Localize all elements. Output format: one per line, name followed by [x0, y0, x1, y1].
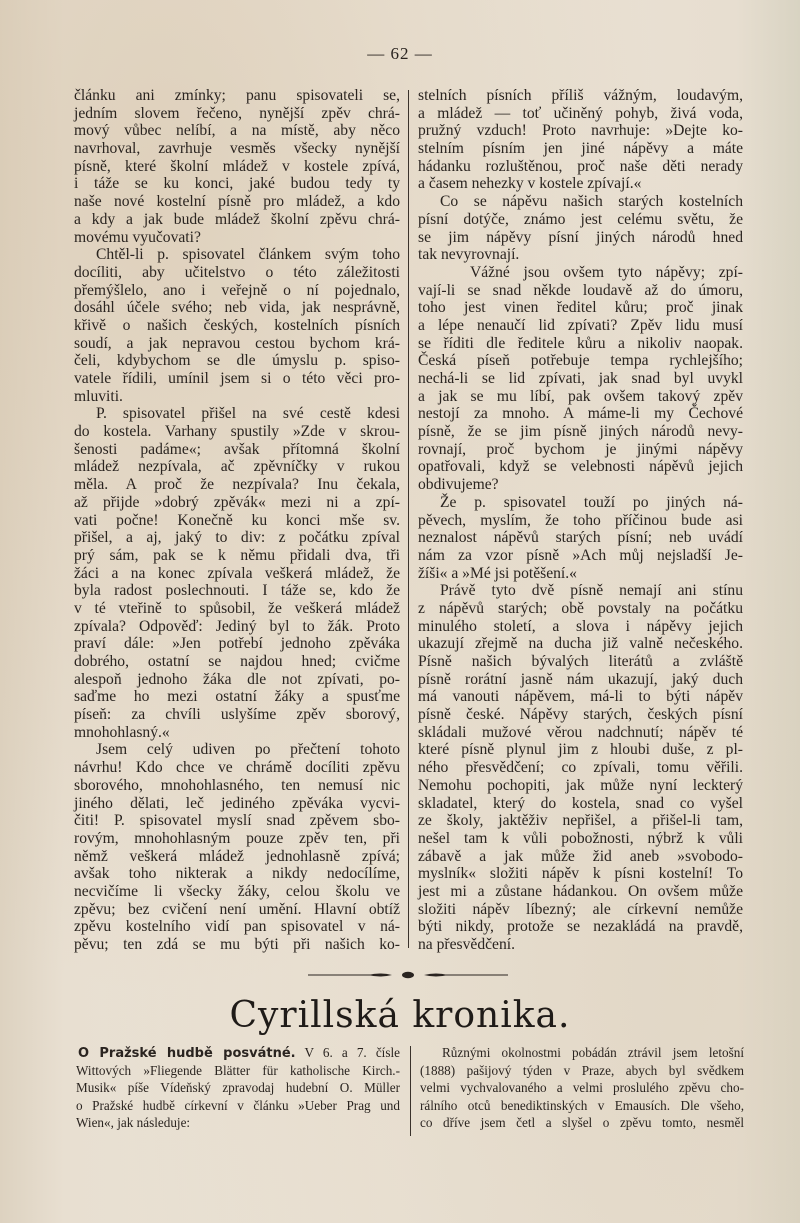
- text-line: zpěvu kostelního vidí pan spisovatel v n…: [74, 918, 400, 936]
- text-line: dosáhl účele svého; neb vida, jak nesprá…: [74, 299, 400, 317]
- text-line: obdivujeme?: [418, 476, 743, 494]
- text-line: hádanku rozluštěnou, proč naše děti nera…: [418, 158, 743, 176]
- text-line: návrhu! Kdo chce ve chrámě docíliti zpěv…: [74, 759, 400, 777]
- text-line: vají-li se snad někde loudavě až do úmor…: [418, 282, 743, 300]
- article-headline: O Pražské hudbě posvátné.: [78, 1046, 296, 1061]
- text-line: článku ani zmínky; panu spisovateli se,: [74, 87, 400, 105]
- text-line: pěvu; ten zdá se mu býti při našich ko-: [74, 936, 400, 954]
- text-line: opatřovali, když se velebnosti nápěvů je…: [418, 458, 743, 476]
- text-line: a kdy a jak bude mládež školní zpěvu chr…: [74, 211, 400, 229]
- text-line: Musik« píše Vídeňský zpravodaj hudební O…: [76, 1079, 400, 1097]
- ornament-divider: [308, 968, 508, 982]
- text-line: žíši« a »Mé jsi potěšení.«: [418, 565, 743, 583]
- section-right-column: Různými okolnostmi pobádán ztrávil jsem …: [420, 1044, 744, 1132]
- right-column: stelních písních příliš vážným, loudavým…: [418, 87, 743, 954]
- text-line: navrhoval, zavrhuje vesměs všecky nynějš…: [74, 140, 400, 158]
- text-line: movému vyučovati?: [74, 229, 400, 247]
- text-line: naše nové kostelní písně pro mládež, a k…: [74, 193, 400, 211]
- text-line: stelních písních příliš vážným, loudavým…: [418, 87, 743, 105]
- column-divider: [408, 90, 409, 948]
- text-line: písní dotýče, známo jest celému světu, ž…: [418, 211, 743, 229]
- text-line: i táže se ku konci, jaké budou tedy ty: [74, 175, 400, 193]
- text-line: býti nikdy, protože se nezakládá na prav…: [418, 918, 743, 936]
- text-line: písně rorátní jasně nám ukazují, jaký du…: [418, 671, 743, 689]
- text-line: nechá-li se lid zpívati, jak snad byl uv…: [418, 370, 743, 388]
- text-line: čeli, kdybychom se dle úmyslu p. spiso-: [74, 352, 400, 370]
- text-line: přemýšlelo, ano i veřejně o ní pojednalo…: [74, 282, 400, 300]
- text-line: zábavě a jak může žid aneb »svobodo-: [418, 848, 743, 866]
- text-line: stelním písním jen jiné nápěvy a máte: [418, 140, 743, 158]
- section-title: Cyrillská kronika.: [0, 995, 800, 1036]
- text-line: ze školy, jaktěživ nepřišel, a přišel-li…: [418, 812, 743, 830]
- text-line: Wittových »Fliegende Blätter für katholi…: [76, 1062, 400, 1080]
- text-line: Nemohu pochopiti, jak může nyní leckterý: [418, 777, 743, 795]
- text-line: Že p. spisovatel touží po jiných ná-: [418, 494, 743, 512]
- text-line: šenosti padáme«; avšak přítomná školní: [74, 441, 400, 459]
- text-line: a mládež — toť učiněný pohyb, živá voda,: [418, 105, 743, 123]
- text-line: avšak toho nikterak a nikdy nedocílíme,: [74, 865, 400, 883]
- text-line: praví dále: »Jen potřebí jednoho zpěváka: [74, 635, 400, 653]
- text-line: tak nevyrovnají.: [418, 246, 743, 264]
- text-line: Různými okolnostmi pobádán ztrávil jsem …: [420, 1044, 744, 1062]
- text-line: čiti! P. spisovatel myslí snad zpěvem sb…: [74, 812, 400, 830]
- page-number: — 62 —: [0, 44, 800, 64]
- text-line: sborového, mnohohlasného, ten nemusí nic: [74, 777, 400, 795]
- text-line: rálního otců benediktinských v Emausích.…: [420, 1097, 744, 1115]
- text-line: O Pražské hudbě posvátné. V 6. a 7. čísl…: [76, 1044, 400, 1062]
- text-line: co dříve jsem četl a slyšel o zpěvu tomt…: [420, 1114, 744, 1132]
- text-line: minulého století, a slova i nápěvy jejic…: [418, 618, 743, 636]
- text-line: Co se nápěvu našich starých kostelních: [418, 193, 743, 211]
- text-line: skladatel, který do kostela, snad co vyš…: [418, 795, 743, 813]
- text-line: myslník« složiti nápěv k písni kostelní!…: [418, 865, 743, 883]
- text-line: v té vteřině to spůsobil, že veškerá mlá…: [74, 600, 400, 618]
- text-line: měla. A proč že nezpívala? Inu čekala,: [74, 476, 400, 494]
- text-line: Wien«, jak následuje:: [76, 1114, 400, 1132]
- text-line: a lépe nenaučí lid zpívati? Zpěv lidu mu…: [418, 317, 743, 335]
- text-line: rovým, mnohohlasným pouze zpěv ten, při: [74, 830, 400, 848]
- text-line: rovnají, proč bychom je jinými nápěvy: [418, 441, 743, 459]
- text-line: P. spisovatel přišel na své cestě kdesi: [74, 405, 400, 423]
- text-line: nešel tam k vůli pobožnosti, nýbrž k vůl…: [418, 830, 743, 848]
- left-column: článku ani zmínky; panu spisovateli se,j…: [74, 87, 400, 954]
- text-line: složiti nápěv líbezný; ale církevní nemů…: [418, 901, 743, 919]
- text-line: (1888) pašijový týden v Praze, abych byl…: [420, 1062, 744, 1080]
- text-line: má vanouti nápěvem, má-li to býti nápěv: [418, 688, 743, 706]
- text-line: Jsem celý udiven po přečtení tohoto: [74, 741, 400, 759]
- text-line: prý sám, pak se k němu přidali dva, tři: [74, 547, 400, 565]
- text-line: nám za vzor písně »Ach můj nejsladší Je-: [418, 547, 743, 565]
- text-line: necvičíme li všecky žáky, celou školu ve: [74, 883, 400, 901]
- text-line: skládali mužové věrou nadchnutí; nápěv t…: [418, 724, 743, 742]
- text-line: mový vůbec nelíbí, a na místě, aby něco: [74, 122, 400, 140]
- text-line: ukazují zřejmě na ducha již valně nečesk…: [418, 635, 743, 653]
- text-line: Právě tyto dvě písně nemají ani stínu: [418, 582, 743, 600]
- text-line: neznalost nápěvů starých písní; neb uvád…: [418, 529, 743, 547]
- text-line: písně, že se jim písně jiných národů nev…: [418, 423, 743, 441]
- text-line: jiného dělati, leč jediného zpěváka vycv…: [74, 795, 400, 813]
- text-line: jedním slovem řečeno, nynější zpěv chrá-: [74, 105, 400, 123]
- text-line: se jim nápěvy písní jiných národů hned: [418, 229, 743, 247]
- text-line: přišel, a aj, jaký to div: z počátku zpí…: [74, 529, 400, 547]
- text-line: vatele řídili, umínil jsem si o této věc…: [74, 370, 400, 388]
- text-line: až přijde »dobrý zpěvák« mezi ni a zpí-: [74, 494, 400, 512]
- text-line: mládež nezpívala, ač zpěvníčky v rukou: [74, 458, 400, 476]
- text-line: z nápěvů starých; obě povstaly na počátk…: [418, 600, 743, 618]
- text-line: do kostela. Varhany spustily »Zde v skro…: [74, 423, 400, 441]
- section-column-divider: [410, 1046, 411, 1136]
- text-line: mnohohlasný.«: [74, 724, 400, 742]
- text-line: Vážné jsou ovšem tyto nápěvy; zpí-: [418, 264, 743, 282]
- text-line: dobrého, ostatní se najdou hned; cvičme: [74, 653, 400, 671]
- text-line: toho jest vinen ředitel kůru; proč jinak: [418, 299, 743, 317]
- text-line: zpívala? Odpověď: Jediný byl to žák. Pro…: [74, 618, 400, 636]
- text-line: které písně plynul jim z hloubi duše, z …: [418, 741, 743, 759]
- text-line: Písně našich bývalých literátů a zvláště: [418, 653, 743, 671]
- text-line: ného přesvědčení; co zpívali, tomu věřil…: [418, 759, 743, 777]
- text-line: saďme ho mezi ostatní žáky a spusťme: [74, 688, 400, 706]
- text-line: pružný vzduch! Proto navrhuje: »Dejte ko…: [418, 122, 743, 140]
- text-line: alespoň jednoho žáka dle not zpívati, po…: [74, 671, 400, 689]
- text-line: němž veškerá mládež jednohlasně zpívá;: [74, 848, 400, 866]
- text-line: zpěvu; bez cvičení není umění. Hlavní ob…: [74, 901, 400, 919]
- text-line: o Pražské hudbě církevní v článku »Ueber…: [76, 1097, 400, 1115]
- text-line: Česká píseň potřebuje tempa rychlejšího;: [418, 352, 743, 370]
- text-line: písně české. Nápěvy starých, českých pís…: [418, 706, 743, 724]
- text-line: jest mi a zůstane hádankou. On ovšem můž…: [418, 883, 743, 901]
- text-line: a časem nehezky v kostele zpívají.«: [418, 175, 743, 193]
- text-line: byla radost poslechnouti. I táže se, kdo…: [74, 582, 400, 600]
- text-fragment: V 6. a 7. čísle: [296, 1045, 400, 1060]
- text-line: pěvech, myslím, že toho příčinou bude as…: [418, 512, 743, 530]
- text-line: a jak se mu líbí, pak ovšem takový zpěv: [418, 388, 743, 406]
- text-line: mluviti.: [74, 388, 400, 406]
- text-line: soudí, a jak nepravou cestou bychom krá-: [74, 335, 400, 353]
- text-line: docíliti, aby učitelstvo o této záležito…: [74, 264, 400, 282]
- text-line: vati počne! Konečně ku konci mše sv.: [74, 512, 400, 530]
- text-line: Chtěl-li p. spisovatel článkem svým toho: [74, 246, 400, 264]
- text-line: písně, které školní mládež v kostele zpí…: [74, 158, 400, 176]
- text-line: píseň: za chvíli uslyšíme zpěv sborový,: [74, 706, 400, 724]
- text-line: na přesvědčení.: [418, 936, 743, 954]
- text-line: velmi vychvalovaného a velmi proslulého …: [420, 1079, 744, 1097]
- text-line: žáci a na konec zpívala veškerá mládež, …: [74, 565, 400, 583]
- section-left-column: O Pražské hudbě posvátné. V 6. a 7. čísl…: [76, 1044, 400, 1132]
- text-line: nestojí za mnoho. A máme-li my Čechové: [418, 405, 743, 423]
- text-line: se říditi dle ředitele kůru a nikoliv na…: [418, 335, 743, 353]
- text-line: křivě o našich českých, kostelních písní…: [74, 317, 400, 335]
